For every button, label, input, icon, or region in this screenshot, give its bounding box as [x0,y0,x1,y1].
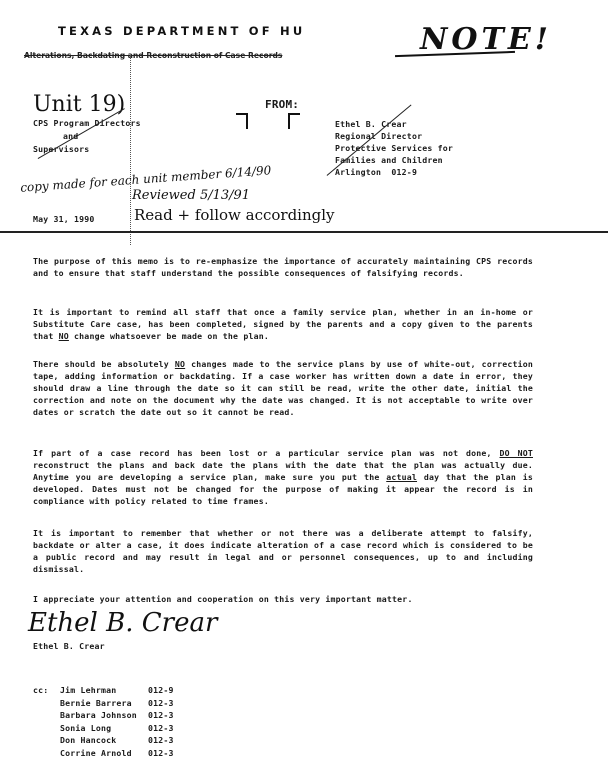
cc-recipient-code: 012-3 [148,723,174,733]
cc-recipient: Corrine Arnold012-3 [60,748,174,758]
cc-recipient-name: Jim Lehrman [60,685,148,695]
handwritten-signature: Ethel B. Crear [28,608,217,638]
paragraph-lost-records: If part of a case record has been lost o… [33,447,533,507]
cc-recipient: Don Hancock012-3 [60,735,174,745]
cc-recipient-code: 012-3 [148,710,174,720]
cc-recipient-code: 012-3 [148,748,174,758]
header-divider [0,231,608,233]
cc-recipient-code: 012-3 [148,735,174,745]
from-name: Ethel B. Crear [335,119,407,129]
address-bracket-left [236,113,248,129]
cc-recipient: Jim Lehrman012-9 [60,685,174,695]
from-dept-2: Families and Children [335,155,443,165]
cc-recipient-name: Corrine Arnold [60,748,148,758]
handwritten-unit: Unit 19) [33,92,125,117]
to-line-1: CPS Program Directors [33,118,141,128]
cc-recipient: Barbara Johnson012-3 [60,710,174,720]
emphasis-no-changes: NO [175,359,185,369]
cc-recipient: Bernie Barrera012-3 [60,698,174,708]
paragraph-no-changes: There should be absolutely NO changes ma… [33,358,533,418]
paragraph-purpose: The purpose of this memo is to re-emphas… [33,255,533,279]
emphasis-do-not: DO NOT [500,448,533,458]
memo-subject-line: Alterations, Backdating and Reconstructi… [24,51,282,60]
emphasis-actual: actual [386,472,417,482]
handwritten-instruction: Read + follow accordingly [134,206,335,224]
paragraph-consequences: It is important to remember that whether… [33,527,533,575]
typed-signature-name: Ethel B. Crear [33,641,105,651]
address-bracket-right [288,113,300,129]
cc-recipient: Sonia Long012-3 [60,723,174,733]
fold-mark-line [130,55,132,245]
memo-date: May 31, 1990 [33,214,95,224]
cc-recipient-name: Bernie Barrera [60,698,148,708]
from-location: Arlington 012-9 [335,167,417,177]
emphasis-no: NO [59,331,69,341]
cc-recipient-name: Barbara Johnson [60,710,148,720]
paragraph-service-plan: It is important to remind all staff that… [33,306,533,342]
cc-recipient-code: 012-3 [148,698,174,708]
agency-letterhead: TEXAS DEPARTMENT OF HU [58,24,305,38]
cc-recipient-name: Sonia Long [60,723,148,733]
cc-recipient-code: 012-9 [148,685,174,695]
handwritten-reviewed-note: Reviewed 5/13/91 [132,188,250,203]
closing-line: I appreciate your attention and cooperat… [33,593,533,605]
cc-label: cc: [33,685,48,695]
from-label: FROM: [265,98,299,111]
cc-recipient-name: Don Hancock [60,735,148,745]
